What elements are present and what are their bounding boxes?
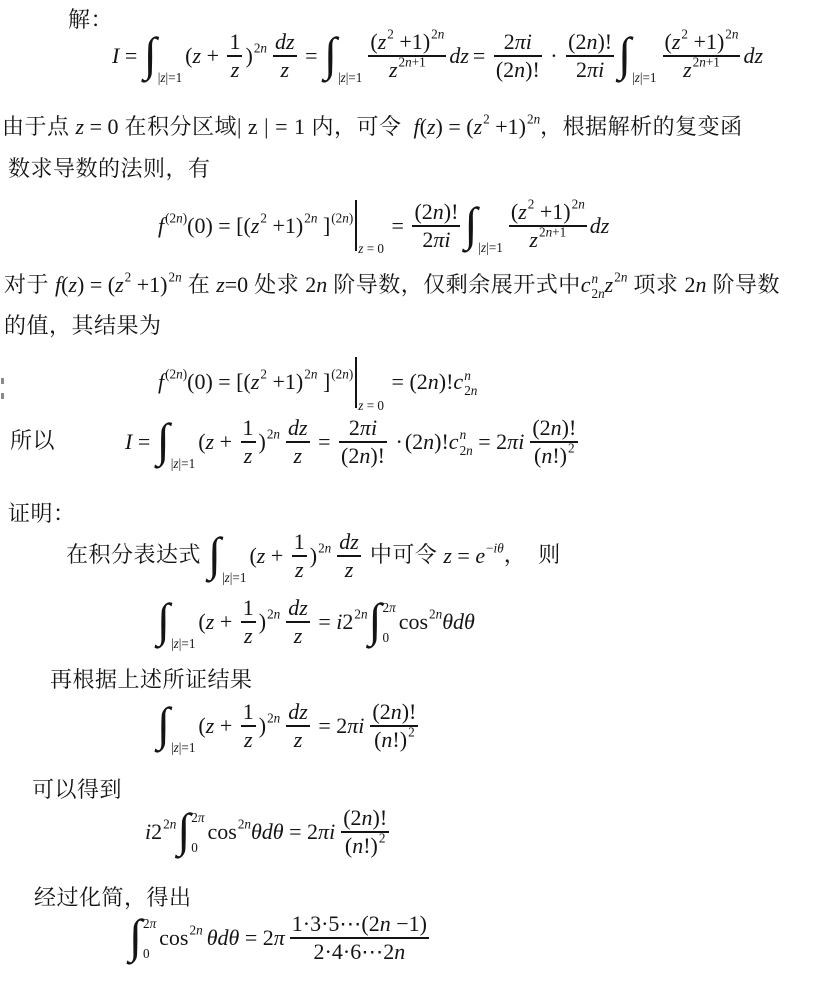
text-run: 解： bbox=[68, 6, 113, 35]
scan-artifact bbox=[1, 393, 4, 399]
para-analytic-line1: 由于点 z = 0 在积分区域| z | = 1 内，可令 f(z) = (z2… bbox=[2, 113, 743, 142]
integral-sign: ∫ bbox=[369, 599, 382, 644]
math-run: z = 0 bbox=[76, 114, 119, 140]
integral-sign: ∫ bbox=[618, 33, 631, 78]
text-run: 在积分区域| z | = 1 内，可令 bbox=[119, 113, 414, 142]
formula-final-result: ∫2π0cos2nθdθ = 2π1·3·5⋯(2n −1)2·4·6⋯2n bbox=[128, 912, 432, 963]
math-run: ∫2π0cos2nθdθ = 2π1·3·5⋯(2n −1)2·4·6⋯2n bbox=[128, 912, 432, 963]
formula-main-integral: I = ∫|z|=1(z + 1z)2ndzz = ∫|z|=1(z2 +1)2… bbox=[112, 30, 763, 81]
formula-contour-result: ∫|z|=1(z + 1z)2ndzz = 2πi(2n)!(n!)2 bbox=[156, 700, 421, 751]
text-run: 所以 bbox=[10, 427, 55, 456]
text-run: 在 bbox=[182, 271, 217, 300]
text-run: 数求导数的法则，有 bbox=[8, 155, 211, 184]
math-run: f(2n)(0) = [(z2 +1)2n ](2n)z = 0 = (2n)!… bbox=[158, 200, 609, 251]
text-run: 由于点 bbox=[2, 113, 76, 142]
integral-sign: ∫ bbox=[208, 533, 221, 578]
para-expansion-line2: 的值，其结果为 bbox=[4, 312, 162, 341]
integral-sign: ∫ bbox=[324, 33, 337, 78]
text-run: 的值，其结果为 bbox=[4, 312, 162, 341]
text-run: 对于 bbox=[4, 271, 55, 300]
para-obtain: 可以得到 bbox=[32, 776, 122, 805]
integral-sign: ∫ bbox=[157, 419, 170, 464]
text-run: 证明： bbox=[8, 500, 76, 529]
integral-sign: ∫ bbox=[157, 703, 170, 748]
text-run: ，根据解析的复变函 bbox=[540, 113, 743, 142]
para-analytic-line2: 数求导数的法则，有 bbox=[8, 155, 211, 184]
scan-artifact bbox=[1, 378, 4, 384]
text-run: 在积分表达式 bbox=[66, 541, 207, 570]
formula-cos-transform: ∫|z|=1(z + 1z)2ndzz = i22n∫2π0cos2nθdθ bbox=[156, 596, 475, 647]
math-run: I = ∫|z|=1(z + 1z)2ndzz = 2πi(2n)! ·(2n)… bbox=[125, 416, 581, 467]
math-run: ∫|z|=1(z + 1z)2ndzz = 2πi(2n)!(n!)2 bbox=[156, 700, 421, 751]
math-run: i22n∫2π0cos2nθdθ = 2πi(2n)!(n!)2 bbox=[145, 806, 392, 857]
integral-sign: ∫ bbox=[144, 33, 157, 78]
text-run: 阶导数 bbox=[706, 271, 780, 300]
math-run: f(z) = (z2 +1)2n bbox=[55, 272, 182, 298]
integral-sign: ∫ bbox=[157, 599, 170, 644]
text-run: 再根据上述所证结果 bbox=[50, 666, 253, 695]
formula-cos-equality: i22n∫2π0cos2nθdθ = 2πi(2n)!(n!)2 bbox=[145, 806, 392, 857]
math-run: z=0 bbox=[216, 272, 248, 298]
line-therefore: 所以I = ∫|z|=1(z + 1z)2ndzz = 2πi(2n)! ·(2… bbox=[10, 416, 581, 467]
para-according: 再根据上述所证结果 bbox=[50, 666, 253, 695]
math-run: 2n bbox=[684, 272, 706, 298]
text-run: ， 则 bbox=[504, 541, 561, 570]
math-run: f(2n)(0) = [(z2 +1)2n ](2n)z = 0 = (2n)!… bbox=[158, 357, 477, 408]
math-run: ∫|z|=1(z + 1z)2ndzz bbox=[207, 530, 364, 581]
text-run: 处求 bbox=[248, 271, 305, 300]
para-expansion-line1: 对于 f(z) = (z2 +1)2n 在 z=0 处求 2n 阶导数，仅剩余展… bbox=[4, 271, 780, 300]
text-run: 阶导数，仅剩余展开式中 bbox=[327, 271, 581, 300]
para-substitution: 在积分表达式 ∫|z|=1(z + 1z)2ndzz 中可令 z = e−iθ，… bbox=[66, 530, 561, 581]
integral-sign: ∫ bbox=[129, 915, 142, 960]
text-run: 可以得到 bbox=[32, 776, 122, 805]
document-page: 解：I = ∫|z|=1(z + 1z)2ndzz = ∫|z|=1(z2 +1… bbox=[0, 0, 840, 990]
integral-sign: ∫ bbox=[464, 203, 477, 248]
text-run: 项求 bbox=[627, 271, 684, 300]
formula-derivative-integral: f(2n)(0) = [(z2 +1)2n ](2n)z = 0 = (2n)!… bbox=[158, 200, 609, 251]
para-simplify: 经过化简，得出 bbox=[34, 884, 192, 913]
formula-derivative-value: f(2n)(0) = [(z2 +1)2n ](2n)z = 0 = (2n)!… bbox=[158, 357, 477, 408]
math-run: I = ∫|z|=1(z + 1z)2ndzz = ∫|z|=1(z2 +1)2… bbox=[112, 30, 763, 81]
math-run: cn2nz2n bbox=[581, 271, 628, 299]
text-run: 经过化简，得出 bbox=[34, 884, 192, 913]
math-run: ∫|z|=1(z + 1z)2ndzz = i22n∫2π0cos2nθdθ bbox=[156, 596, 475, 647]
text-run: 中可令 bbox=[364, 541, 444, 570]
math-run: f(z) = (z2 +1)2n bbox=[413, 114, 540, 140]
math-run: z = e−iθ bbox=[443, 543, 503, 569]
label-solution: 解： bbox=[68, 6, 113, 35]
integral-sign: ∫ bbox=[177, 809, 190, 854]
label-proof: 证明： bbox=[8, 500, 76, 529]
math-run: 2n bbox=[305, 272, 327, 298]
